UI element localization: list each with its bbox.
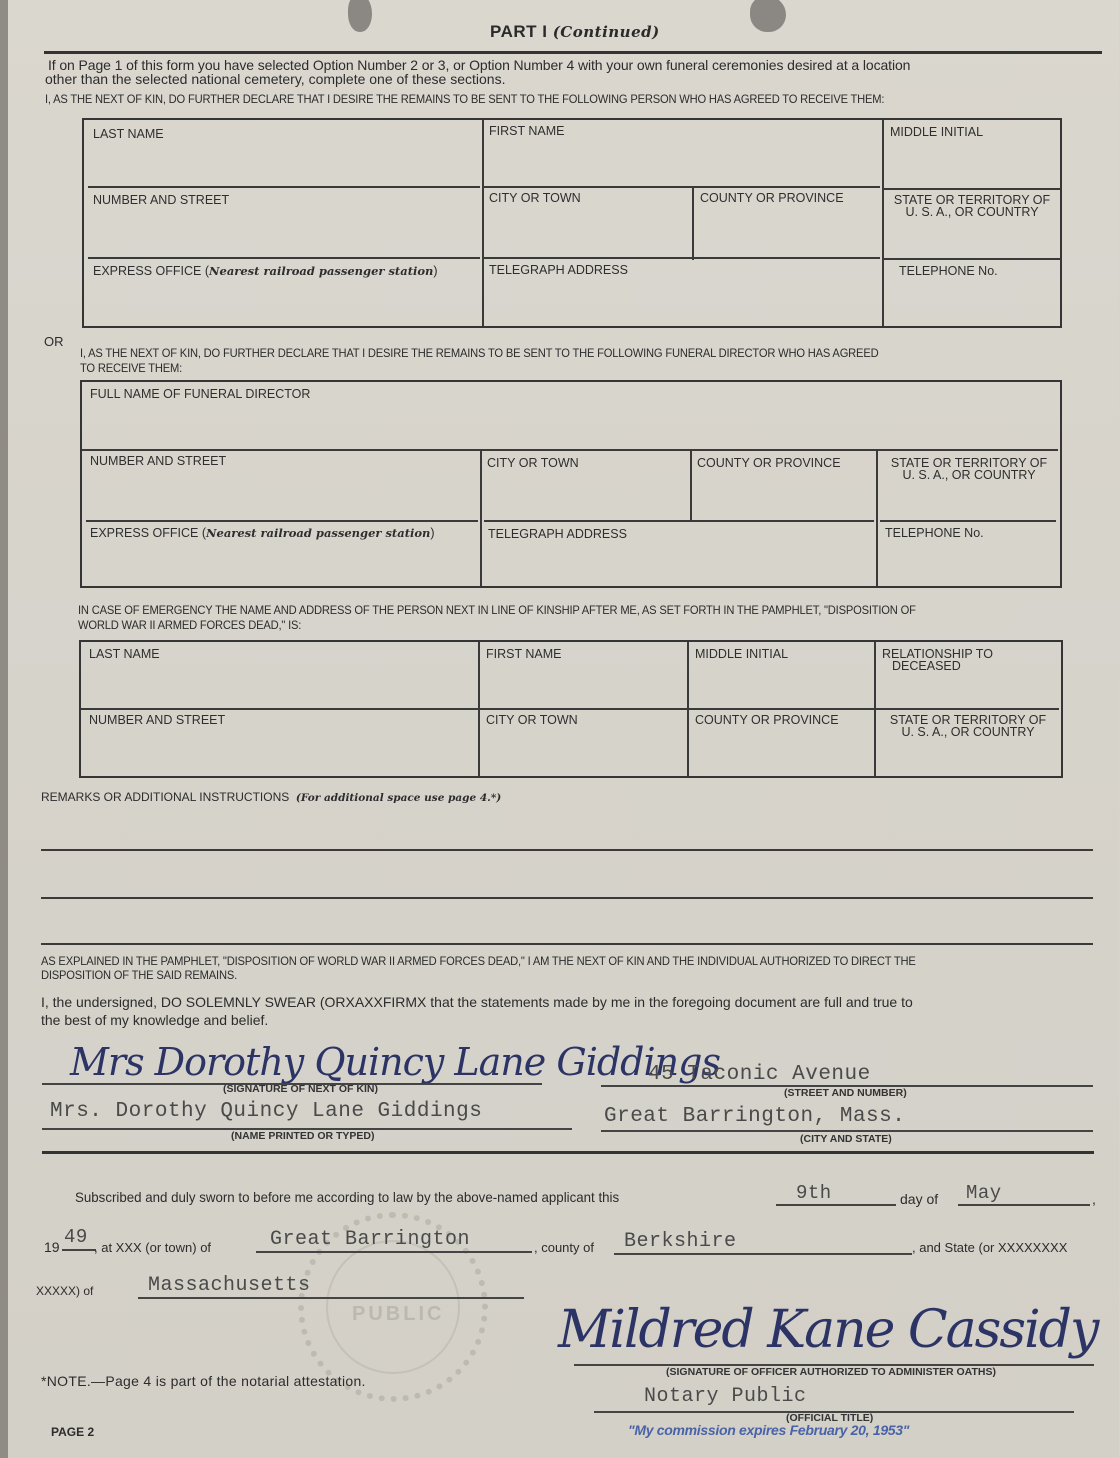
recipient-person-box: LAST NAME FIRST NAME MIDDLE INITIAL NUMB… <box>82 118 1062 328</box>
punch-hole-left <box>348 0 372 32</box>
label-middle-initial: MIDDLE INITIAL <box>695 648 788 660</box>
county-value: Berkshire <box>624 1230 737 1253</box>
oath-line-2: the best of my knowledge and belief. <box>41 1013 268 1028</box>
label-county-province: COUNTY OR PROVINCE <box>697 457 841 469</box>
signature-caption: (SIGNATURE OF NEXT OF KIN) <box>223 1083 378 1095</box>
label-number-street: NUMBER AND STREET <box>89 714 225 726</box>
official-title: Notary Public <box>644 1385 807 1408</box>
emergency-intro-line-1: IN CASE OF EMERGENCY THE NAME AND ADDRES… <box>78 603 916 618</box>
form-page: PART I (Continued) If on Page 1 of this … <box>8 0 1119 1458</box>
label-express-office: EXPRESS OFFICE (Nearest railroad passeng… <box>90 527 435 539</box>
label-state-country: STATE OR TERRITORY OFU. S. A., OR COUNTR… <box>878 714 1058 738</box>
declare-director-line-1: I, AS THE NEXT OF KIN, DO FURTHER DECLAR… <box>80 346 878 361</box>
month-line[interactable] <box>958 1204 1090 1206</box>
printed-name: Mrs. Dorothy Quincy Lane Giddings <box>50 1100 482 1123</box>
officer-caption: (SIGNATURE OF OFFICER AUTHORIZED TO ADMI… <box>666 1366 996 1378</box>
label-last-name: LAST NAME <box>89 648 160 660</box>
comma: , <box>1092 1192 1096 1207</box>
county-label: , county of <box>534 1240 594 1255</box>
page-title: PART I (Continued) <box>490 22 660 42</box>
label-state-country: STATE OR TERRITORY OFU. S. A., OR COUNTR… <box>886 194 1058 218</box>
label-full-name-director: FULL NAME OF FUNERAL DIRECTOR <box>90 388 310 400</box>
funeral-director-box: FULL NAME OF FUNERAL DIRECTOR NUMBER AND… <box>80 380 1062 588</box>
emergency-kin-box: LAST NAME FIRST NAME MIDDLE INITIAL RELA… <box>79 640 1063 778</box>
punch-hole-right <box>750 0 786 32</box>
year-line[interactable] <box>62 1249 96 1251</box>
city-state: Great Barrington, Mass. <box>604 1105 905 1128</box>
oath-line-1: I, the undersigned, DO SOLEMNLY SWEAR (O… <box>41 995 913 1010</box>
label-number-street: NUMBER AND STREET <box>90 455 226 467</box>
applicant-signature: Mrs Dorothy Quincy Lane Giddings <box>70 1040 720 1084</box>
emergency-intro-line-2: WORLD WAR II ARMED FORCES DEAD," IS: <box>78 618 301 633</box>
month-value: May <box>966 1182 1002 1204</box>
remarks-line-3[interactable] <box>41 943 1093 945</box>
street-address: 45 Taconic Avenue <box>648 1063 871 1086</box>
page-edge <box>0 0 8 1458</box>
title-rule <box>44 51 1102 54</box>
printed-name-caption: (NAME PRINTED OR TYPED) <box>231 1130 375 1142</box>
street-caption: (STREET AND NUMBER) <box>784 1087 907 1099</box>
day-value: 9th <box>796 1182 832 1204</box>
day-of-label: day of <box>900 1192 938 1207</box>
city-state-line[interactable] <box>601 1130 1093 1132</box>
commission-stamp: "My commission expires February 20, 1953… <box>628 1422 909 1438</box>
label-first-name: FIRST NAME <box>486 648 561 660</box>
label-last-name: LAST NAME <box>93 128 164 140</box>
city-line[interactable] <box>256 1251 532 1253</box>
label-city-town: CITY OR TOWN <box>486 714 578 726</box>
label-first-name: FIRST NAME <box>489 125 564 137</box>
declare-person-text: I, AS THE NEXT OF KIN, DO FURTHER DECLAR… <box>45 92 884 107</box>
state-label: , and State (or XXXXXXXX <box>912 1240 1067 1255</box>
subscribed-text: Subscribed and duly sworn to before me a… <box>75 1190 619 1205</box>
section-divider <box>42 1151 1094 1154</box>
declare-director-line-2: TO RECEIVE THEM: <box>80 361 182 376</box>
label-middle-initial: MIDDLE INITIAL <box>890 126 983 138</box>
footer-note: *NOTE.—Page 4 is part of the notarial at… <box>41 1374 366 1389</box>
label-county-province: COUNTY OR PROVINCE <box>695 714 839 726</box>
label-telegraph: TELEGRAPH ADDRESS <box>489 264 628 276</box>
remarks-line-2[interactable] <box>41 897 1093 899</box>
intro-line-2: other than the selected national cemeter… <box>45 72 505 87</box>
state-line[interactable] <box>138 1297 524 1299</box>
day-line[interactable] <box>776 1204 896 1206</box>
label-county-province: COUNTY OR PROVINCE <box>700 192 844 204</box>
label-express-office: EXPRESS OFFICE (Nearest railroad passeng… <box>93 265 438 277</box>
year-value: 49 <box>64 1226 88 1248</box>
county-line[interactable] <box>614 1253 912 1255</box>
label-city-town: CITY OR TOWN <box>489 192 581 204</box>
state-value: Massachusetts <box>148 1274 311 1297</box>
page-number: PAGE 2 <box>51 1425 94 1440</box>
label-relationship: RELATIONSHIP TODECEASED <box>882 648 993 672</box>
or-label: OR <box>44 334 64 349</box>
label-state-country: STATE OR TERRITORY OFU. S. A., OR COUNTR… <box>880 457 1058 481</box>
officer-signature: Mildred Kane Cassidy <box>558 1300 1097 1360</box>
city-value: Great Barrington <box>270 1228 470 1251</box>
label-number-street: NUMBER AND STREET <box>93 194 229 206</box>
label-telephone: TELEPHONE No. <box>899 265 998 277</box>
city-label: , at XXX (or town) of <box>94 1240 211 1255</box>
remarks-label: REMARKS OR ADDITIONAL INSTRUCTIONS (For … <box>41 790 501 806</box>
label-city-town: CITY OR TOWN <box>487 457 579 469</box>
label-telegraph: TELEGRAPH ADDRESS <box>488 528 627 540</box>
district-label: XXXXX) of <box>36 1284 93 1299</box>
remarks-line-1[interactable] <box>41 849 1093 851</box>
city-state-caption: (CITY AND STATE) <box>800 1133 892 1145</box>
declaration-line-1: AS EXPLAINED IN THE PAMPHLET, "DISPOSITI… <box>41 954 916 969</box>
year-prefix: 19 <box>44 1240 60 1255</box>
declaration-line-2: DISPOSITION OF THE SAID REMAINS. <box>41 968 237 983</box>
label-telephone: TELEPHONE No. <box>885 527 984 539</box>
